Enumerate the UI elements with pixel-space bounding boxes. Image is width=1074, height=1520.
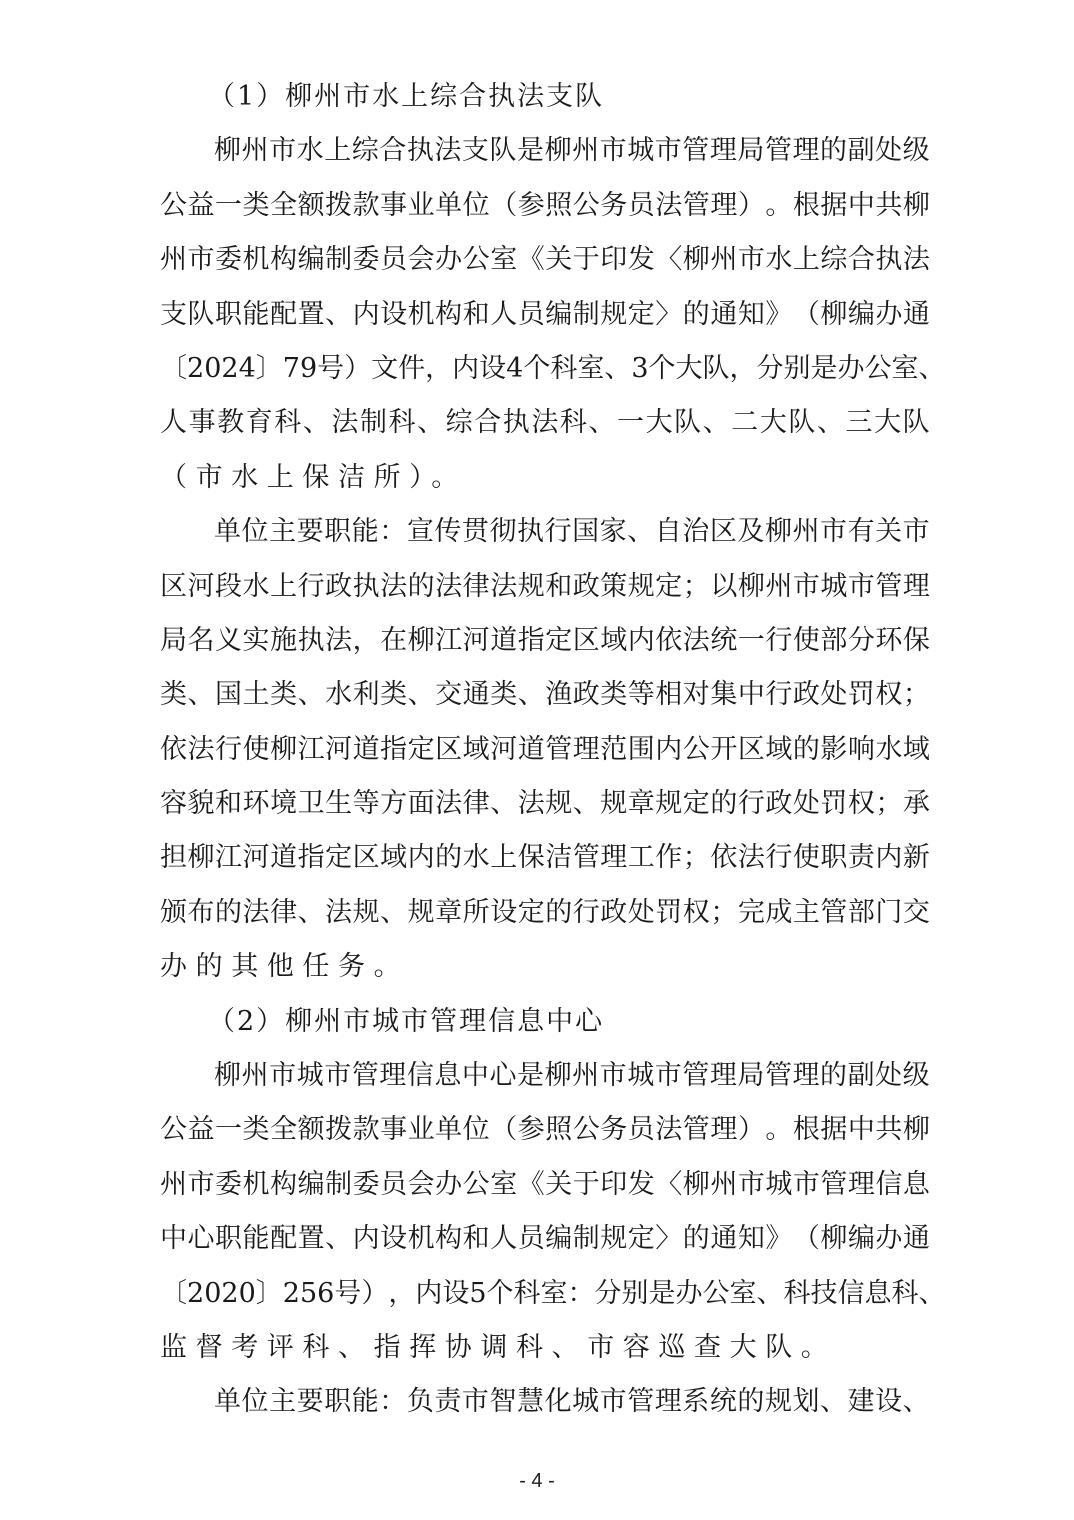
text-line: 人事教育科、法制科、综合执法科、一大队、二大队、三大队 bbox=[160, 396, 930, 450]
document-page: （1）柳州市水上综合执法支队 柳州市水上综合执法支队是柳州市城市管理局管理的副处… bbox=[160, 70, 930, 1430]
text-line: 柳州市水上综合执法支队是柳州市城市管理局管理的副处级 bbox=[160, 124, 930, 178]
paragraph: 单位主要职能：负责市智慧化城市管理系统的规划、建设、 bbox=[160, 1375, 930, 1429]
text-line: 类、国土类、水利类、交通类、渔政类等相对集中行政处罚权； bbox=[160, 668, 930, 722]
text-line: 公益一类全额拨款事业单位（参照公务员法管理）。根据中共柳 bbox=[160, 179, 930, 233]
text-line: 州市委机构编制委员会办公室《关于印发〈柳州市城市管理信息 bbox=[160, 1158, 930, 1212]
text-line: （市水上保洁所）。 bbox=[160, 451, 930, 505]
text-line: 〔2024〕79号）文件，内设4个科室、3个大队，分别是办公室、 bbox=[160, 342, 930, 396]
section-heading: （2）柳州市城市管理信息中心 bbox=[160, 995, 930, 1049]
text-line: 中心职能配置、内设机构和人员编制规定〉的通知》（柳编办通 bbox=[160, 1212, 930, 1266]
text-line: 〔2020〕256号），内设5个科室：分别是办公室、科技信息科、 bbox=[160, 1267, 930, 1321]
paragraph: 单位主要职能：宣传贯彻执行国家、自治区及柳州市有关市 区河段水上行政执法的法律法… bbox=[160, 505, 930, 995]
text-line: 颁布的法律、法规、规章所设定的行政处罚权；完成主管部门交 bbox=[160, 886, 930, 940]
text-line: 依法行使柳江河道指定区域河道管理范围内公开区域的影响水域 bbox=[160, 723, 930, 777]
text-line: 柳州市城市管理信息中心是柳州市城市管理局管理的副处级 bbox=[160, 1049, 930, 1103]
text-line: 监督考评科、指挥协调科、市容巡查大队。 bbox=[160, 1321, 930, 1375]
text-line: 单位主要职能：负责市智慧化城市管理系统的规划、建设、 bbox=[160, 1375, 930, 1429]
text-line: 区河段水上行政执法的法律法规和政策规定；以柳州市城市管理 bbox=[160, 560, 930, 614]
text-line: 单位主要职能：宣传贯彻执行国家、自治区及柳州市有关市 bbox=[160, 505, 930, 559]
text-line: 担柳江河道指定区域内的水上保洁管理工作；依法行使职责内新 bbox=[160, 831, 930, 885]
text-line: 局名义实施执法，在柳江河道指定区域内依法统一行使部分环保 bbox=[160, 614, 930, 668]
text-line: 办的其他任务。 bbox=[160, 940, 930, 994]
text-line: 公益一类全额拨款事业单位（参照公务员法管理）。根据中共柳 bbox=[160, 1103, 930, 1157]
text-line: 州市委机构编制委员会办公室《关于印发〈柳州市水上综合执法 bbox=[160, 233, 930, 287]
paragraph: 柳州市城市管理信息中心是柳州市城市管理局管理的副处级 公益一类全额拨款事业单位（… bbox=[160, 1049, 930, 1375]
page-number: - 4 - bbox=[0, 1470, 1074, 1493]
section-heading: （1）柳州市水上综合执法支队 bbox=[160, 70, 930, 124]
text-line: 容貌和环境卫生等方面法律、法规、规章规定的行政处罚权；承 bbox=[160, 777, 930, 831]
paragraph: 柳州市水上综合执法支队是柳州市城市管理局管理的副处级 公益一类全额拨款事业单位（… bbox=[160, 124, 930, 505]
text-line: 支队职能配置、内设机构和人员编制规定〉的通知》（柳编办通 bbox=[160, 288, 930, 342]
